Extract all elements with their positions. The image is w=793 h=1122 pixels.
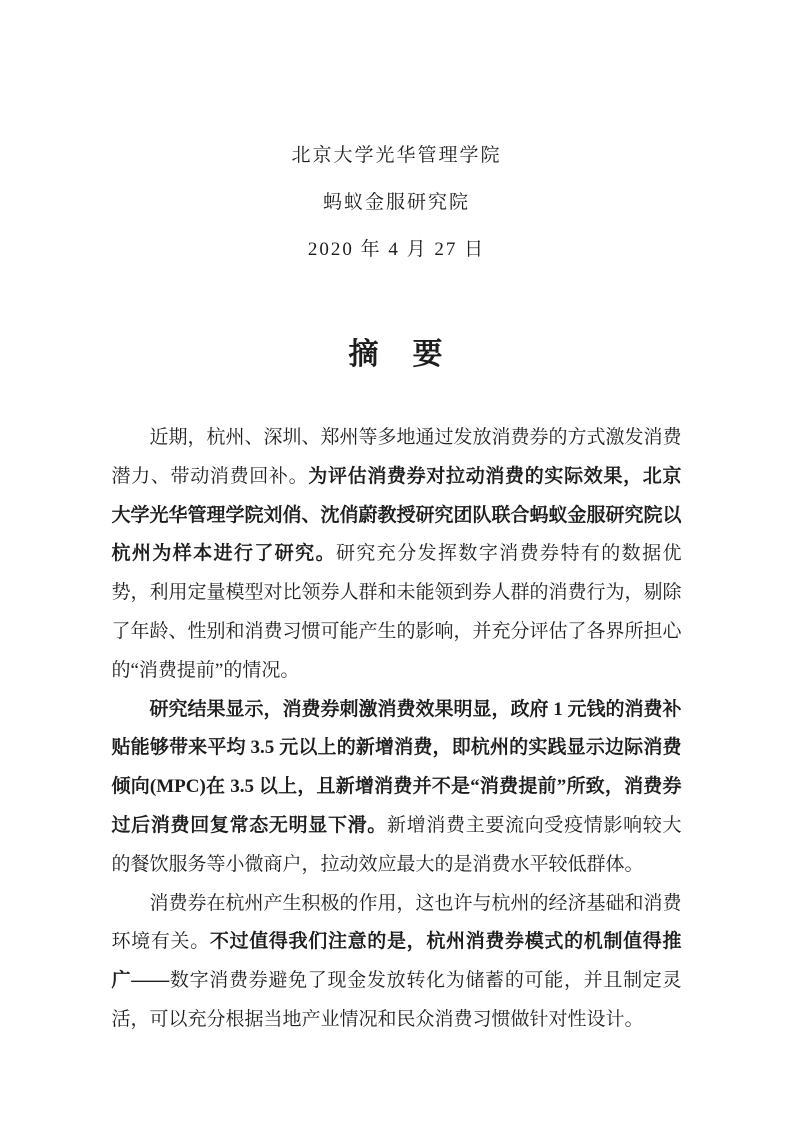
text-segment: 数字消费券避免了现金发放转化为储蓄的可能，并且制定灵活，可以充分根据当地产业情况… — [112, 970, 682, 1030]
abstract-title: 摘 要 — [0, 335, 793, 375]
paragraph: 研究结果显示，消费券刺激消费效果明显，政府 1 元钱的消费补贴能够带来平均 3.… — [112, 691, 682, 885]
document-header: 北京大学光华管理学院 蚂蚁金服研究院 2020 年 4 月 27 日 — [0, 0, 793, 273]
institution-line-primary: 北京大学光华管理学院 — [0, 132, 793, 179]
document-page: 北京大学光华管理学院 蚂蚁金服研究院 2020 年 4 月 27 日 摘 要 近… — [0, 0, 793, 1122]
institution-line-secondary: 蚂蚁金服研究院 — [0, 179, 793, 226]
paragraph: 消费券在杭州产生积极的作用，这也许与杭州的经济基础和消费环境有关。不过值得我们注… — [112, 885, 682, 1040]
date-line: 2020 年 4 月 27 日 — [0, 226, 793, 273]
paragraph: 近期，杭州、深圳、郑州等多地通过发放消费券的方式激发消费潜力、带动消费回补。为评… — [112, 419, 682, 691]
abstract-body: 近期，杭州、深圳、郑州等多地通过发放消费券的方式激发消费潜力、带动消费回补。为评… — [112, 419, 682, 1040]
